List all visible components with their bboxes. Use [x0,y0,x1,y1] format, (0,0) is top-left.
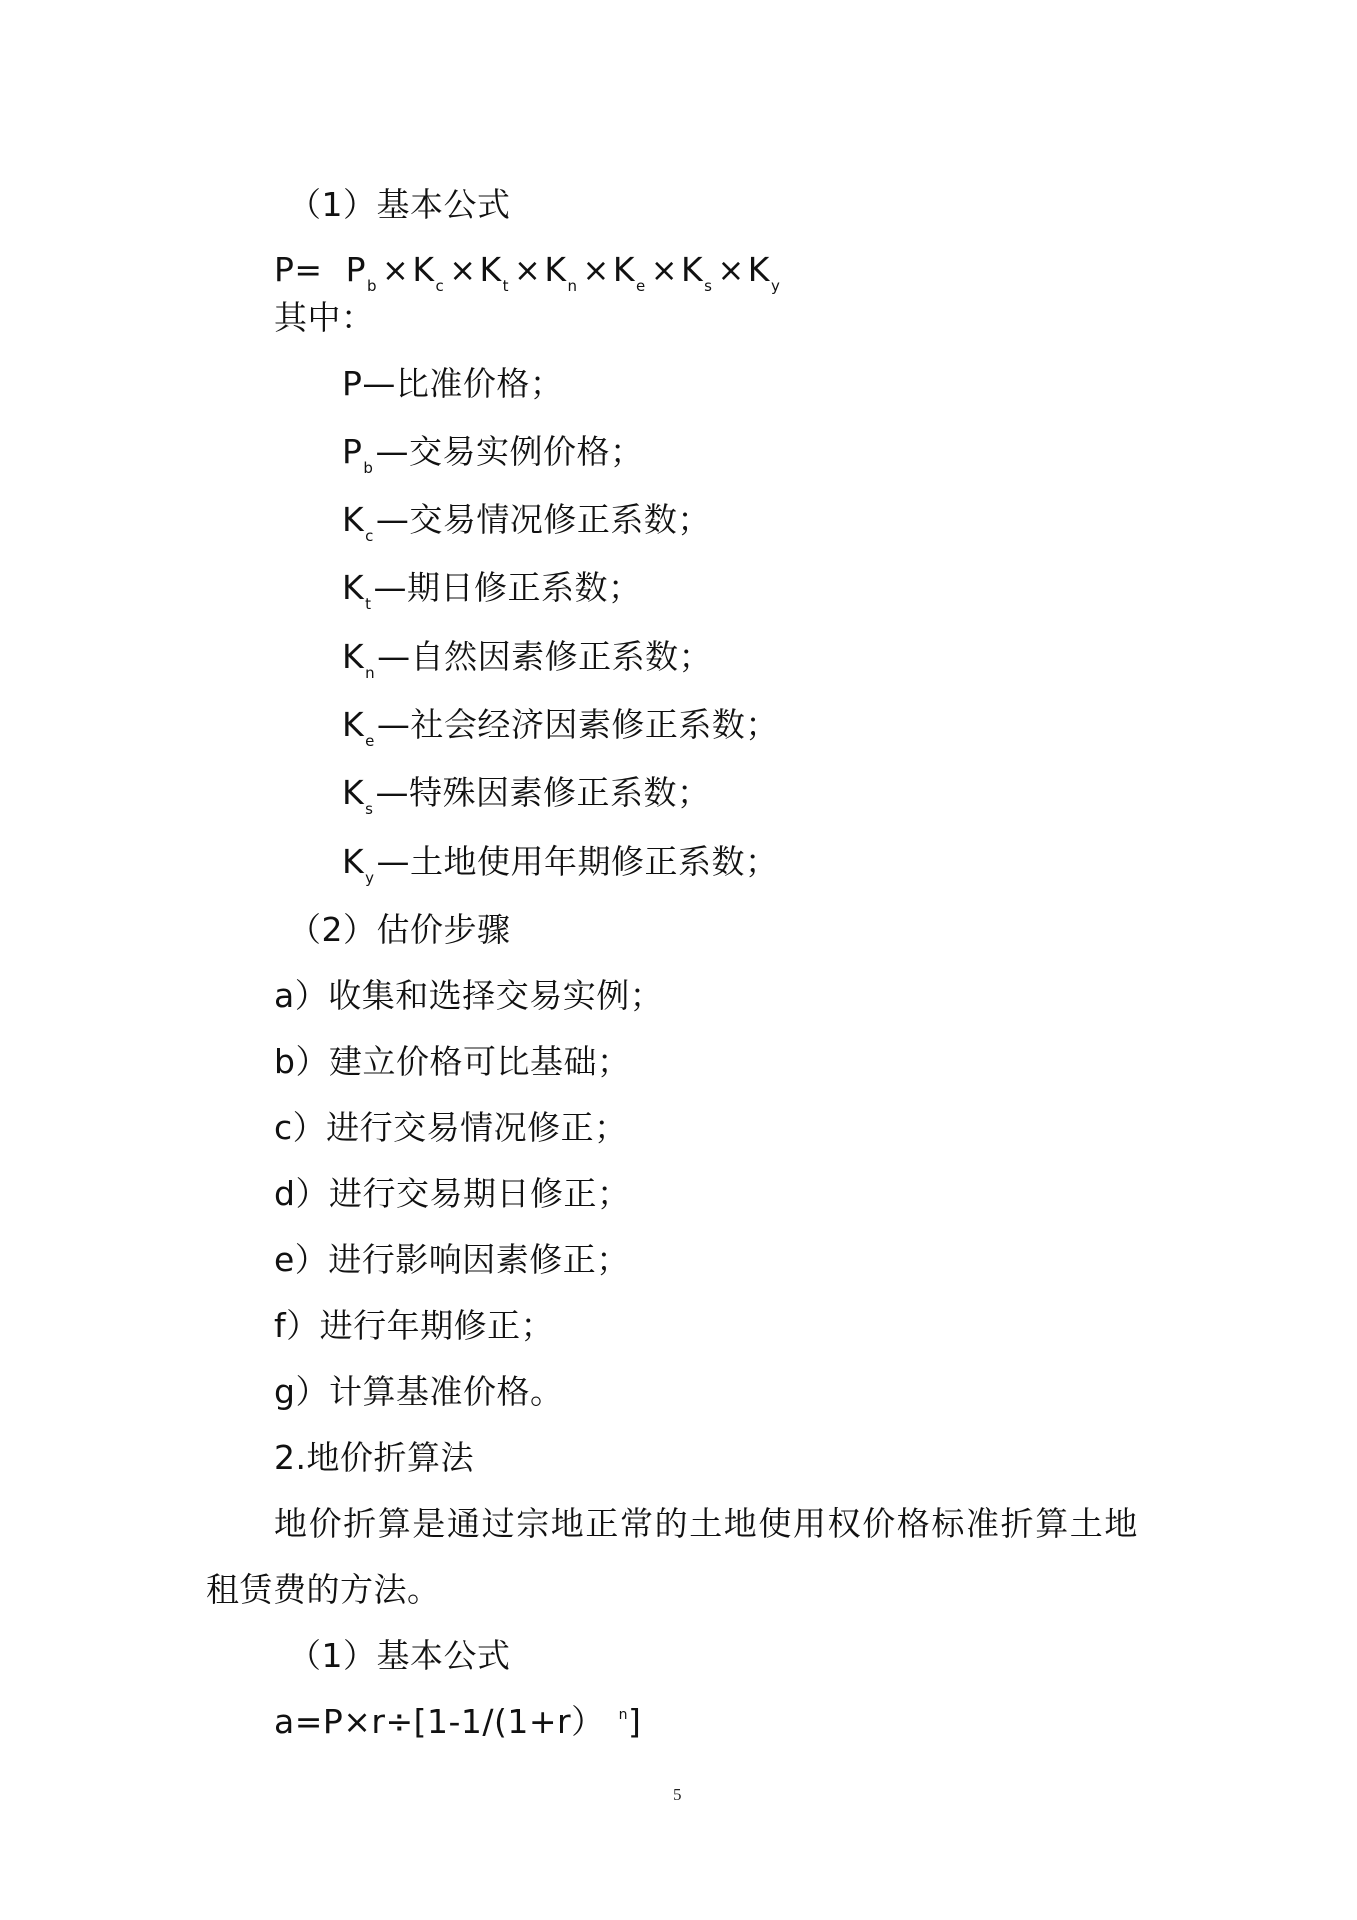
formula-lhs: P= [274,250,323,289]
formula-p: P= Pb×Kc×Kt×Kn×Ke×Ks×Ky [274,250,782,296]
section-2-title: 2.地价折算法 [274,1438,474,1478]
term-kt: Kt [480,250,512,289]
term-ky: Ky [748,250,783,289]
term-ks: Ks [681,250,714,289]
term-kn: Kn [544,250,579,289]
definition-ks: Ks—特殊因素修正系数； [342,773,710,819]
step-d: d）进行交易期日修正； [274,1174,630,1214]
definition-kn: Kn—自然因素修正系数； [342,637,712,683]
definition-kc: Kc—交易情况修正系数； [342,500,711,546]
definition-ke: Ke—社会经济因素修正系数； [342,705,779,751]
step-f: f）进行年期修正； [274,1306,554,1346]
formula-a: a=P×r÷[1-1/(1+r）n] [274,1702,641,1749]
section-2-paragraph-line-2: 租赁费的方法。 [206,1570,441,1610]
definition-pb: Pb—交易实例价格； [342,432,643,478]
step-e: e）进行影响因素修正； [274,1240,630,1280]
definition-ky: Ky—土地使用年期修正系数； [342,842,779,888]
term-ke: Ke [613,250,648,289]
step-g: g）计算基准价格。 [274,1372,563,1412]
step-a: a）收集和选择交易实例； [274,976,663,1016]
page-number: 5 [673,1785,682,1805]
heading-basic-formula-1: （1）基本公式 [288,185,511,225]
definition-p: P—比准价格； [342,364,563,404]
step-c: c）进行交易情况修正； [274,1108,628,1148]
heading-valuation-steps: （2）估价步骤 [288,910,511,950]
definition-kt: Kt—期日修正系数； [342,568,642,614]
where-label: 其中： [274,298,375,338]
term-kc: Kc [412,250,446,289]
term-pb: Pb [346,250,379,289]
heading-basic-formula-2: （1）基本公式 [288,1636,511,1676]
section-2-paragraph-line-1: 地价折算是通过宗地正常的土地使用权价格标准折算土地 [274,1504,1139,1544]
step-b: b）建立价格可比基础； [274,1042,630,1082]
